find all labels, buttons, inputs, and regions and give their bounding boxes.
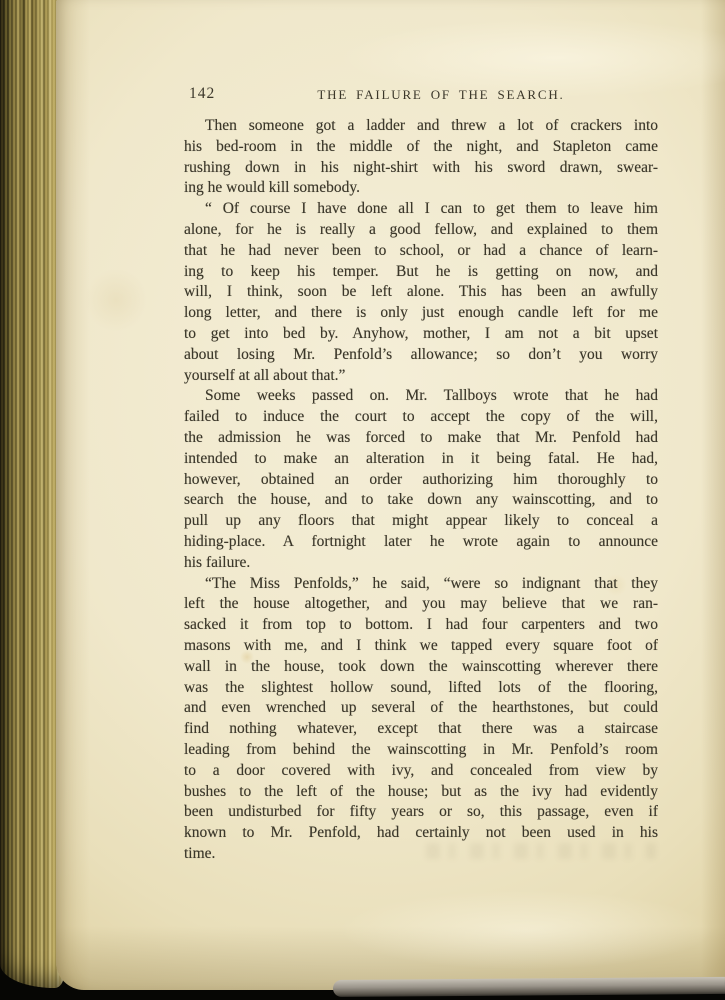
book-page: 142 THE FAILURE OF THE SEARCH. Then some…	[56, 0, 725, 990]
text-line: intended to make an alteration in it bei…	[184, 449, 658, 470]
text-line: to a door covered with ivy, and conceale…	[184, 761, 658, 782]
paragraph: Some weeks passed on. Mr. Tallboys wrote…	[184, 386, 658, 573]
text-line: masons with me, and I think we tapped ev…	[184, 636, 658, 657]
text-line: ing he would kill somebody.	[184, 178, 658, 199]
ink-showthrough	[426, 843, 656, 859]
scanner-cradle-bar	[333, 977, 725, 997]
text-line: the admission he was forced to make that…	[184, 428, 658, 449]
text-line: pull up any floors that might appear lik…	[184, 511, 658, 532]
text-line: yourself at all about that.”	[184, 366, 658, 387]
page-number: 142	[189, 85, 215, 103]
text-line: “ Of course I have done all I can to get…	[184, 199, 658, 220]
text-line: leading from behind the wainscotting in …	[184, 740, 658, 761]
page-header: 142 THE FAILURE OF THE SEARCH.	[184, 85, 658, 103]
text-line: long letter, and there is only just enou…	[184, 303, 658, 324]
scanned-book-photo: 142 THE FAILURE OF THE SEARCH. Then some…	[0, 0, 725, 1000]
text-line: bushes to the left of the house; but as …	[184, 782, 658, 803]
text-line: search the house, and to take down any w…	[184, 490, 658, 511]
text-line: that he had never been to school, or had…	[184, 241, 658, 262]
text-line: ing to keep his temper. But he is gettin…	[184, 262, 658, 283]
text-line: left the house altogether, and you may b…	[184, 594, 658, 615]
book-fore-edge-pages	[0, 0, 64, 988]
paragraph: “ Of course I have done all I can to get…	[184, 199, 658, 386]
text-line: sacked it from top to bottom. I had four…	[184, 615, 658, 636]
text-line: about losing Mr. Penfold’s allowance; so…	[184, 345, 658, 366]
text-line: been undisturbed for fifty years or so, …	[184, 802, 658, 823]
text-line: his bed-room in the middle of the night,…	[184, 137, 658, 158]
text-line: his failure.	[184, 553, 658, 574]
text-line: known to Mr. Penfold, had certainly not …	[184, 823, 658, 844]
paragraph: “The Miss Penfolds,” he said, “were so i…	[184, 574, 658, 865]
text-line: find nothing whatever, except that there…	[184, 719, 658, 740]
text-line: alone, for he is really a good fellow, a…	[184, 220, 658, 241]
text-line: was the slightest hollow sound, lifted l…	[184, 678, 658, 699]
running-header: THE FAILURE OF THE SEARCH.	[224, 87, 658, 103]
text-line: will, I think, soon be left alone. This …	[184, 282, 658, 303]
text-line: and even wrenched up several of the hear…	[184, 698, 658, 719]
text-line: “The Miss Penfolds,” he said, “were so i…	[184, 574, 658, 595]
text-line: however, obtained an order authorizing h…	[184, 470, 658, 491]
text-line: to get into bed by. Anyhow, mother, I am…	[184, 324, 658, 345]
paragraph: Then someone got a ladder and threw a lo…	[184, 116, 658, 199]
text-line: wall in the house, took down the wainsco…	[184, 657, 658, 678]
text-block: Then someone got a ladder and threw a lo…	[184, 116, 658, 865]
text-line: Then someone got a ladder and threw a lo…	[184, 116, 658, 137]
text-line: rushing down in his night-shirt with his…	[184, 158, 658, 179]
text-line: failed to induce the court to accept the…	[184, 407, 658, 428]
text-line: Some weeks passed on. Mr. Tallboys wrote…	[184, 386, 658, 407]
text-line: hiding-place. A fortnight later he wrote…	[184, 532, 658, 553]
